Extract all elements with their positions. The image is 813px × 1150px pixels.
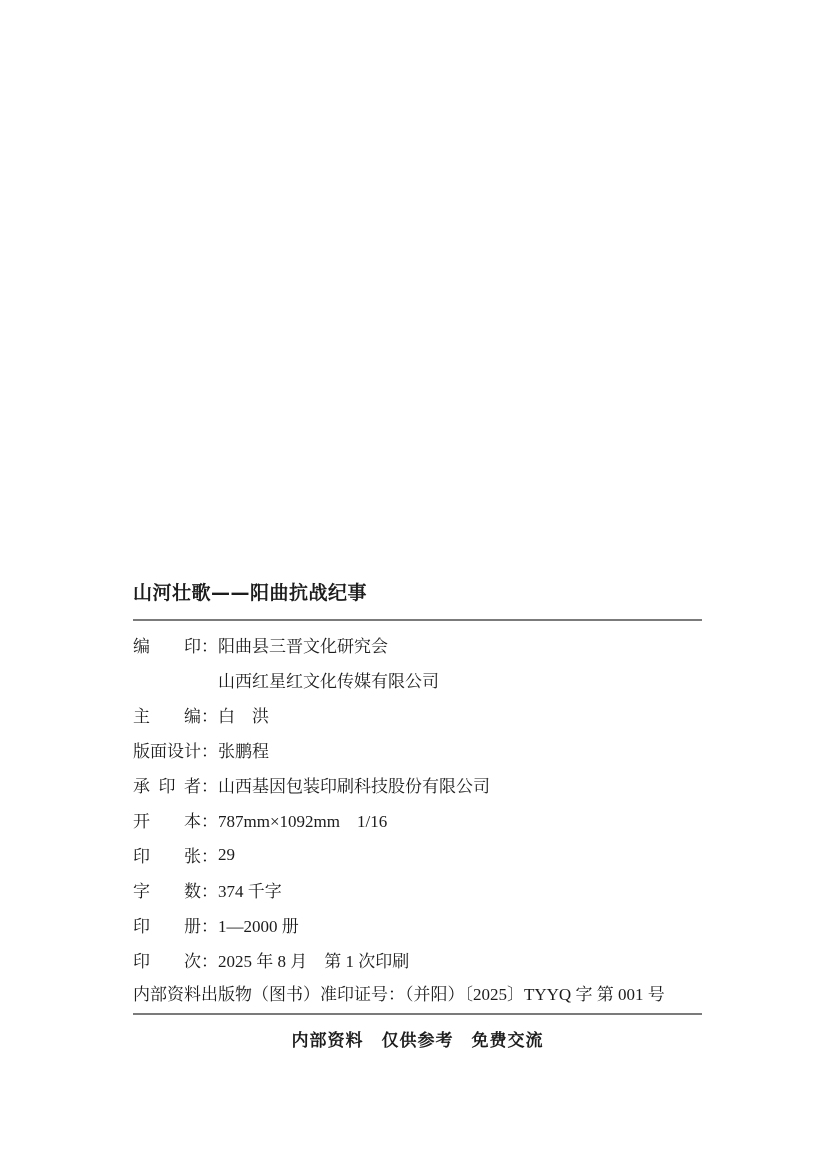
colophon-row-edition: 印次 ： 2025 年 8 月 第 1 次印刷	[133, 942, 702, 977]
row-label: 编印	[133, 632, 201, 657]
colophon-row-printer: 承印者 ： 山西基因包装印刷科技股份有限公司	[133, 767, 702, 802]
footer-notice: 内部资料 仅供参考 免费交流	[133, 1030, 702, 1052]
row-value: 白 洪	[218, 702, 269, 727]
row-colon: ：	[201, 772, 218, 797]
row-label: 主编	[133, 702, 201, 727]
row-colon: ：	[201, 702, 218, 727]
row-label: 版面设计	[133, 737, 201, 762]
colophon-row-layout-designer: 版面设计 ： 张鹏程	[133, 732, 702, 767]
row-value: 2025 年 8 月 第 1 次印刷	[218, 947, 409, 972]
colophon-row-publisher-2: 山西红星红文化传媒有限公司	[133, 662, 702, 697]
book-title: 山河壮歌——阳曲抗战纪事	[133, 581, 367, 605]
row-label: 开本	[133, 807, 201, 832]
row-value: 29	[218, 845, 235, 865]
colophon-row-format: 开本 ： 787mm×1092mm 1/16	[133, 802, 702, 837]
row-value: 阳曲县三晋文化研究会	[218, 632, 388, 657]
top-rule	[133, 619, 702, 621]
colophon-row-publisher: 编印 ： 阳曲县三晋文化研究会	[133, 627, 702, 662]
row-value: 山西基因包装印刷科技股份有限公司	[218, 772, 490, 797]
colophon-row-word-count: 字数 ： 374 千字	[133, 872, 702, 907]
colophon-row-print-run: 印册 ： 1—2000 册	[133, 907, 702, 942]
row-colon: ：	[201, 877, 218, 902]
colophon-row-chief-editor: 主编 ： 白 洪	[133, 697, 702, 732]
colophon-rows: 编印 ： 阳曲县三晋文化研究会 山西红星红文化传媒有限公司 主编 ： 白 洪 版…	[133, 627, 702, 1012]
row-label: 印次	[133, 947, 201, 972]
row-value: 1—2000 册	[218, 912, 299, 937]
row-colon: ：	[201, 632, 218, 657]
row-colon: ：	[201, 807, 218, 832]
permit-number-line: 内部资料出版物（图书）准印证号：（并阳）〔2025〕TYYQ 字 第 001 号	[133, 977, 702, 1012]
row-colon: ：	[201, 737, 218, 762]
row-colon: ：	[201, 947, 218, 972]
bottom-rule	[133, 1013, 702, 1015]
page: 山河壮歌——阳曲抗战纪事 编印 ： 阳曲县三晋文化研究会 山西红星红文化传媒有限…	[0, 0, 813, 1150]
row-label: 印张	[133, 842, 201, 867]
row-label: 印册	[133, 912, 201, 937]
row-label: 承印者	[133, 772, 201, 797]
row-colon: ：	[201, 912, 218, 937]
row-value: 张鹏程	[218, 737, 269, 762]
row-value: 山西红星红文化传媒有限公司	[218, 667, 439, 692]
row-label: 字数	[133, 877, 201, 902]
row-colon: ：	[201, 842, 218, 867]
row-value: 787mm×1092mm 1/16	[218, 807, 387, 832]
colophon-row-sheets: 印张 ： 29	[133, 837, 702, 872]
row-value: 374 千字	[218, 877, 282, 902]
